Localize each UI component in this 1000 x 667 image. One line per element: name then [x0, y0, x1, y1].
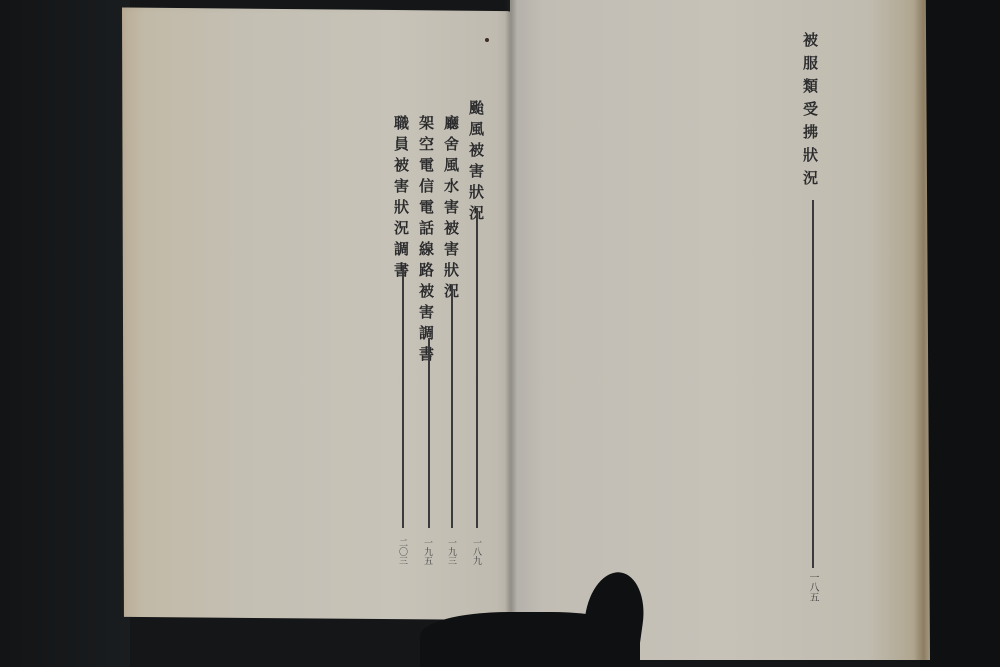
- book-spine: [505, 0, 517, 620]
- toc-entry-page: 一八九: [471, 538, 480, 565]
- toc-entry-title: 廳舍風水害被害狀況: [443, 115, 458, 304]
- page-number: 一八五: [807, 572, 817, 602]
- leader-line: [428, 338, 430, 528]
- ink-spot: [485, 38, 489, 42]
- left-page: [122, 0, 512, 620]
- leader-line: [402, 265, 404, 528]
- bleed-through-text: [705, 40, 725, 376]
- toc-entry-title: 職員被害狀況調書: [393, 115, 408, 283]
- background-left: [0, 0, 130, 667]
- leader-line: [812, 200, 814, 568]
- toc-entry-page: 一九三: [446, 538, 455, 565]
- toc-entry-title: 架空電信電話線路被害調書: [418, 115, 433, 367]
- leader-line: [451, 285, 453, 528]
- toc-entry-page: 二〇三: [397, 538, 406, 565]
- hand: [420, 612, 640, 667]
- background-right: [920, 0, 1000, 667]
- leader-line: [476, 208, 478, 528]
- toc-entry-page: 一九五: [422, 538, 431, 565]
- section-title: 被服類受拂狀況: [802, 32, 817, 193]
